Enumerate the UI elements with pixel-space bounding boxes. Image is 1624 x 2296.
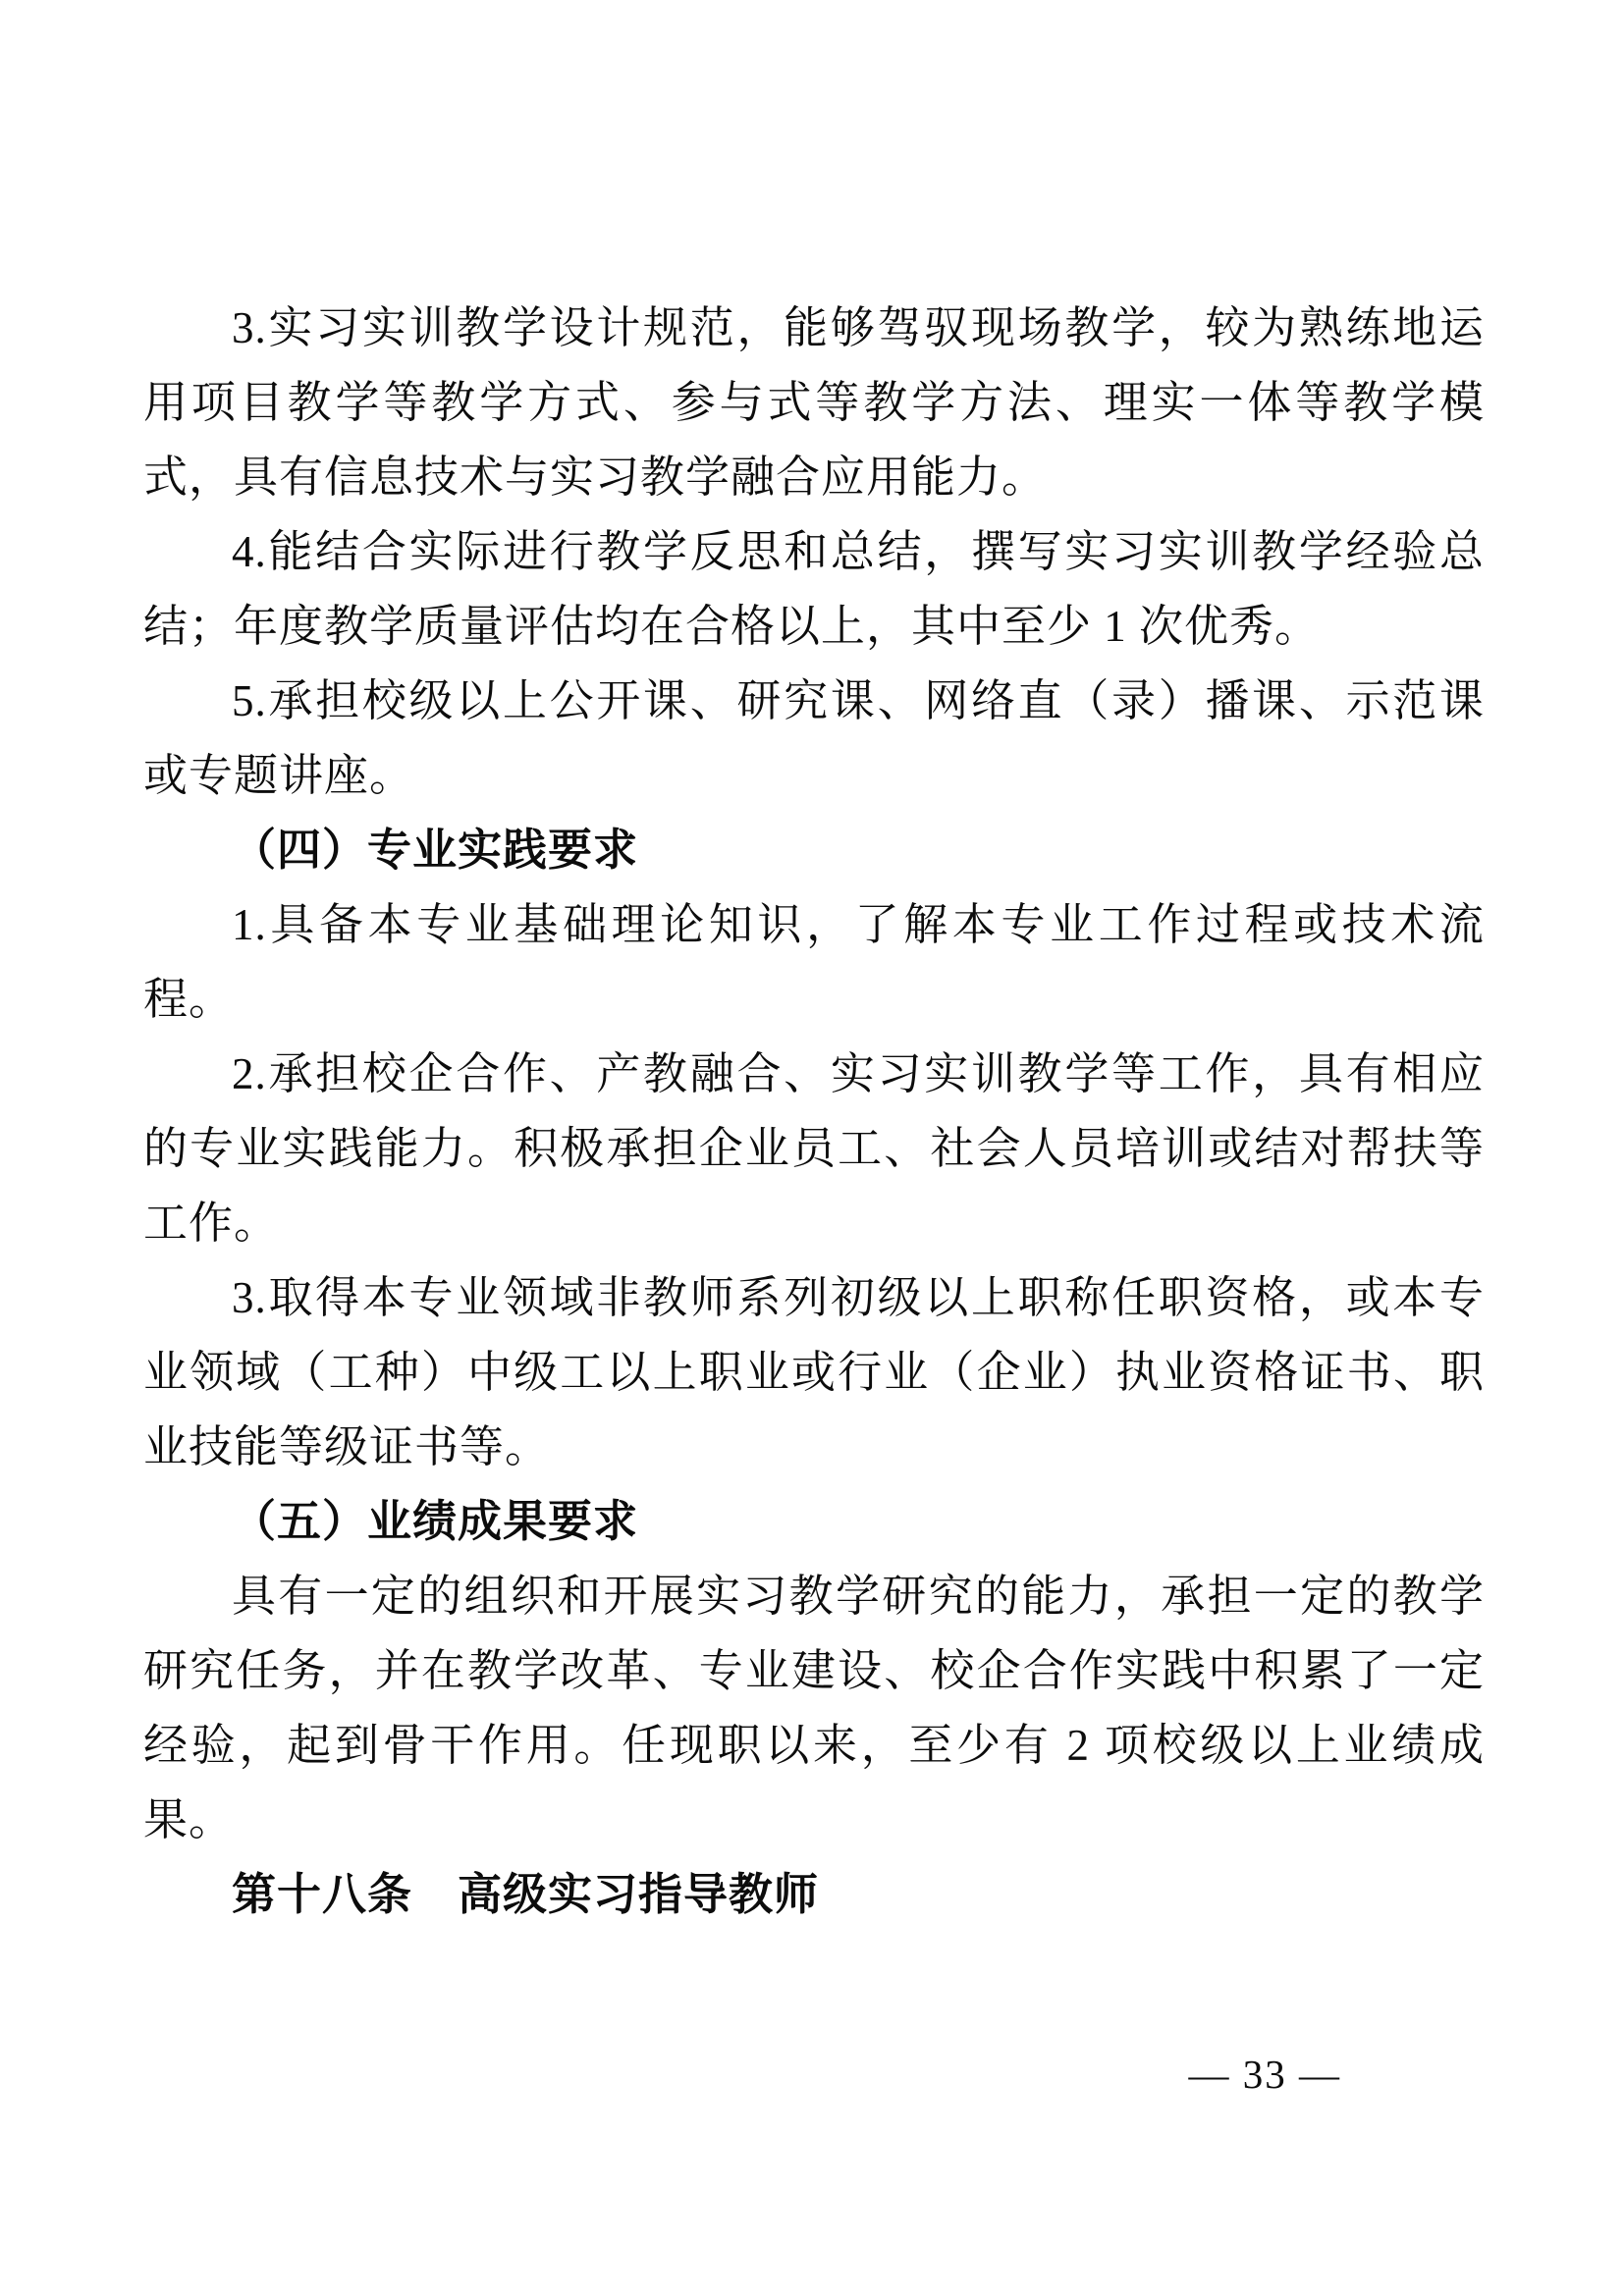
- section-heading-professional-practice: （四）专业实践要求: [143, 813, 1485, 887]
- document-page: 3.实习实训教学设计规范，能够驾驭现场教学，较为熟练地运用项目教学等教学方式、参…: [0, 0, 1624, 2296]
- paragraph-qualifications: 3.取得本专业领域非教师系列初级以上职称任职资格，或本专业领域（工种）中级工以上…: [143, 1260, 1485, 1484]
- document-body: 3.实习实训教学设计规范，能够驾驭现场教学，较为熟练地运用项目教学等教学方式、参…: [143, 291, 1485, 1932]
- paragraph-teaching-design: 3.实习实训教学设计规范，能够驾驭现场教学，较为熟练地运用项目教学等教学方式、参…: [143, 291, 1485, 514]
- article-heading-18: 第十八条 高级实习指导教师: [143, 1857, 1485, 1932]
- paragraph-open-classes: 5.承担校级以上公开课、研究课、网络直（录）播课、示范课或专题讲座。: [143, 664, 1485, 813]
- section-heading-achievements: （五）业绩成果要求: [143, 1484, 1485, 1559]
- paragraph-basic-theory: 1.具备本专业基础理论知识，了解本专业工作过程或技术流程。: [143, 887, 1485, 1037]
- paragraph-school-enterprise: 2.承担校企合作、产教融合、实习实训教学等工作，具有相应的专业实践能力。积极承担…: [143, 1037, 1485, 1260]
- paragraph-research-ability: 具有一定的组织和开展实习教学研究的能力，承担一定的教学研究任务，并在教学改革、专…: [143, 1559, 1485, 1857]
- paragraph-teaching-reflection: 4.能结合实际进行教学反思和总结，撰写实习实训教学经验总结；年度教学质量评估均在…: [143, 514, 1485, 664]
- page-number: — 33 —: [1189, 2050, 1342, 2099]
